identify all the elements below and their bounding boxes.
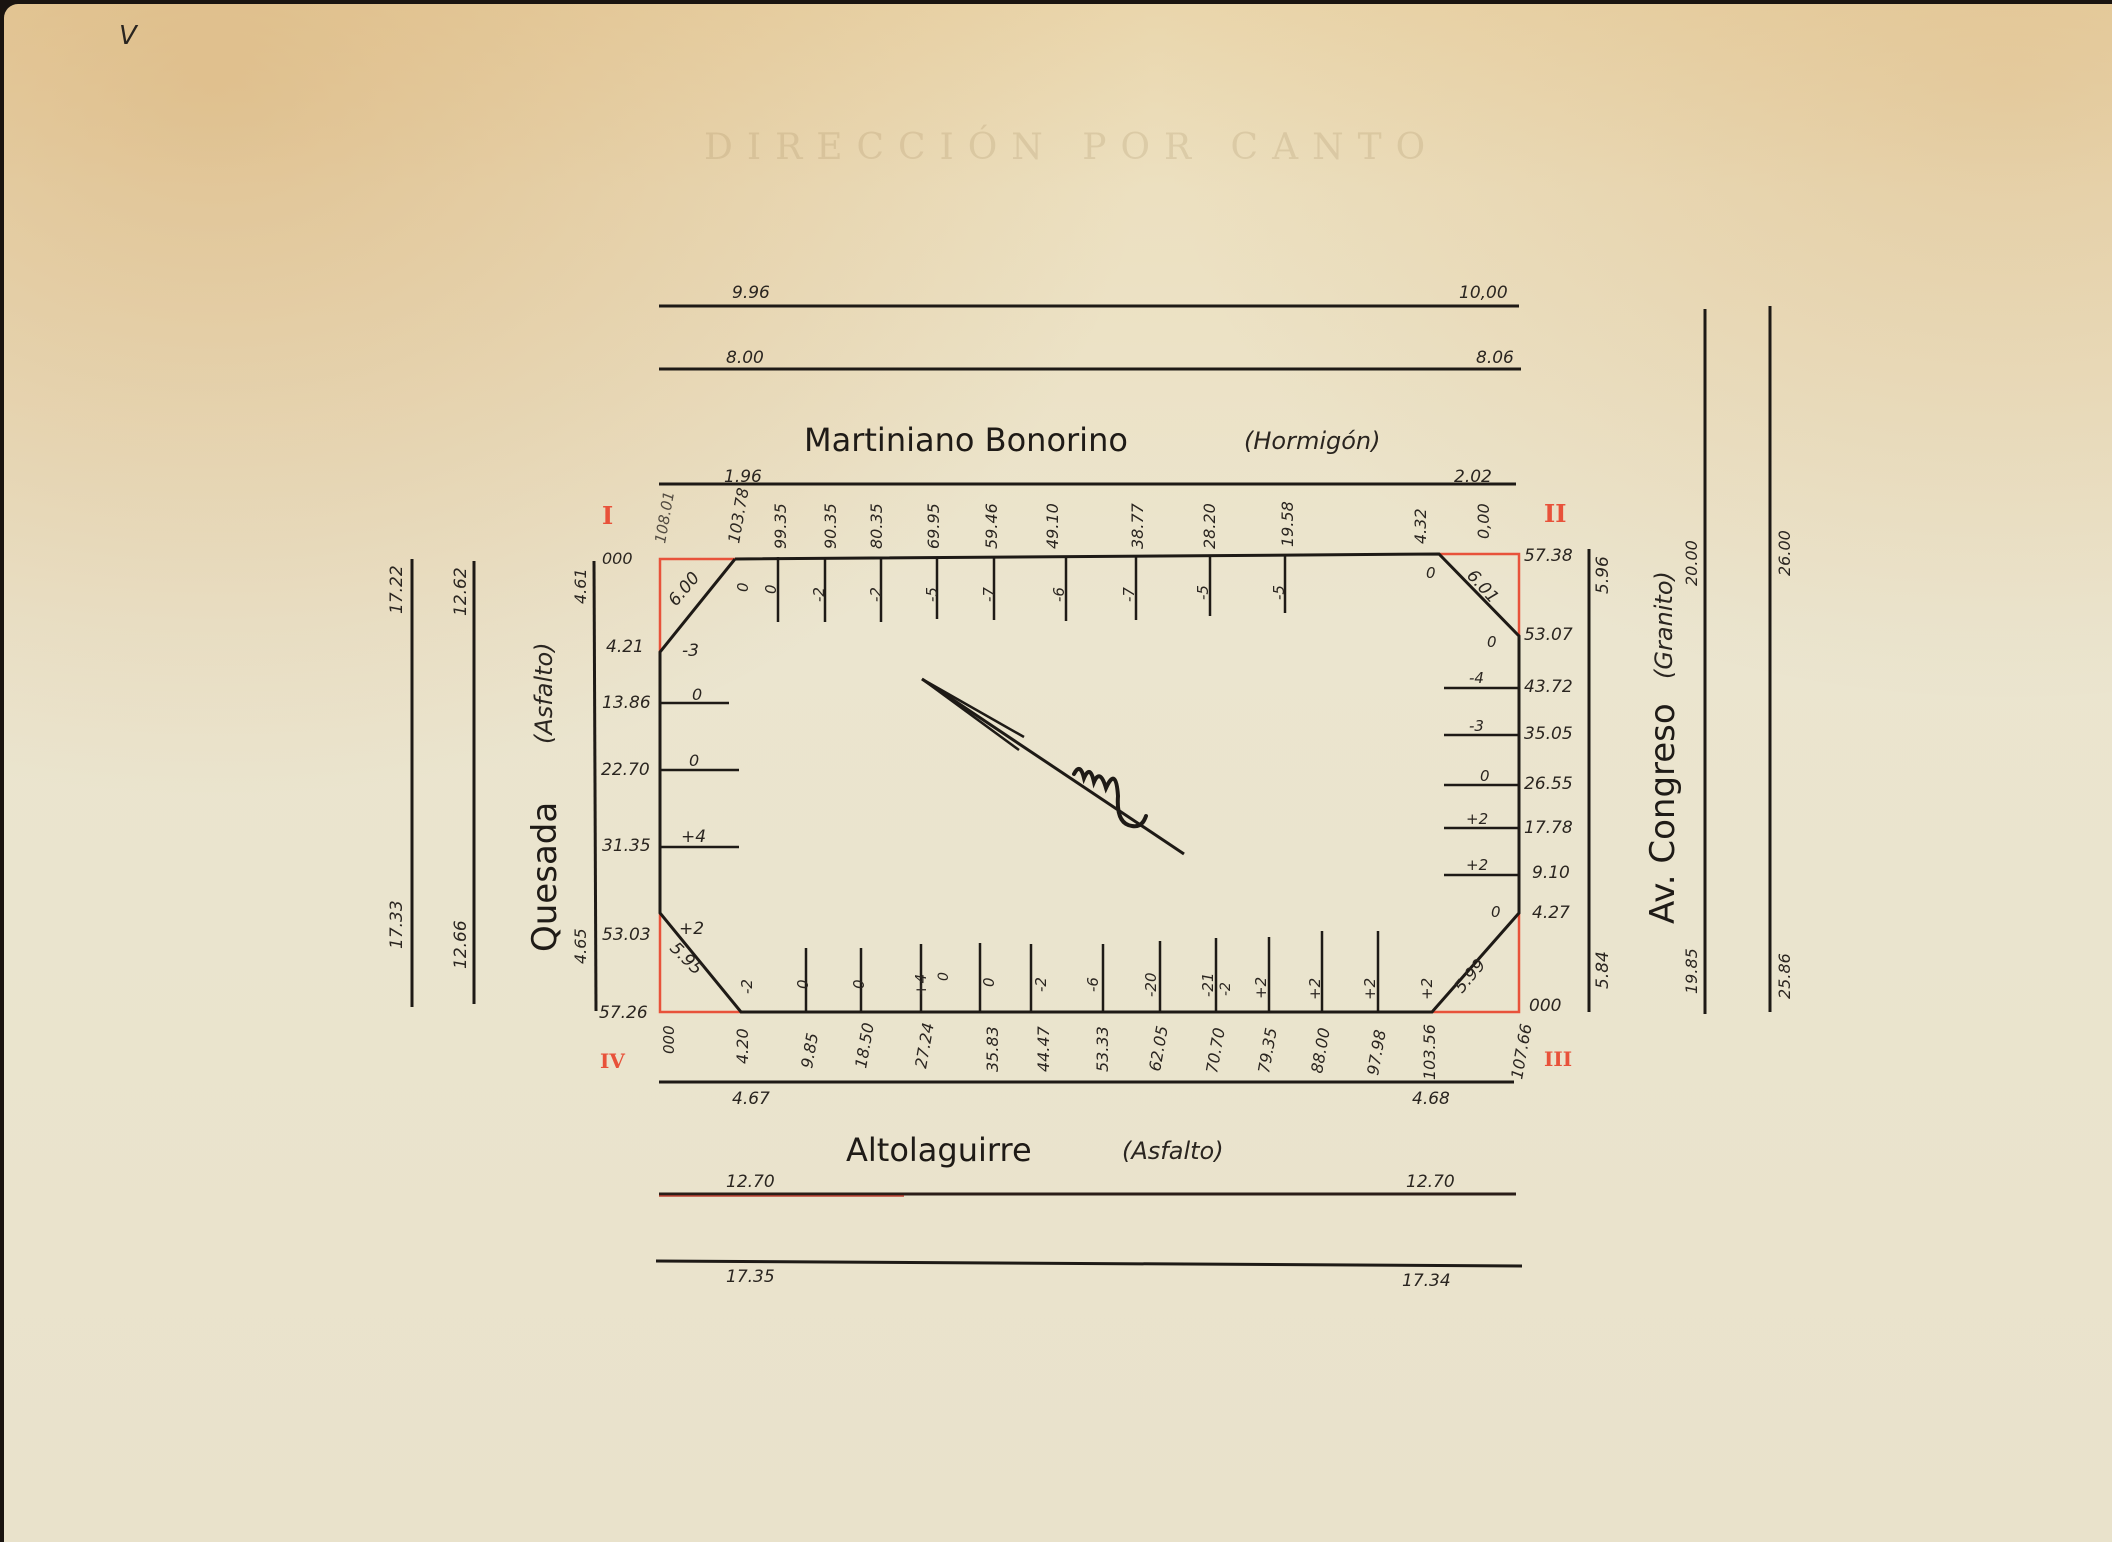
north-level: -2 (810, 587, 828, 602)
east-station: 000 (1529, 996, 1561, 1016)
corner-label-II: II (1544, 499, 1566, 528)
south-line-2-right: 12.70 (1406, 1172, 1455, 1192)
west-level: -3 (682, 641, 699, 661)
east-line-1-bottom: 5.84 (1593, 951, 1613, 989)
south-level: -2 (1218, 982, 1234, 996)
south-level: -20 (1142, 973, 1160, 998)
north-station: 59.46 (982, 503, 1001, 549)
south-level: +4 (912, 974, 930, 996)
north-level: -7 (1120, 587, 1138, 602)
east-station: 17.78 (1524, 818, 1573, 838)
south-station: 18.50 (851, 1021, 878, 1069)
west-line-2-top: 12.62 (451, 567, 471, 616)
east-station: 4.27 (1532, 903, 1570, 923)
south-level: 0 (936, 972, 952, 981)
south-level: +2 (1252, 977, 1270, 999)
north-station: 99.35 (771, 503, 790, 549)
north-station: 69.95 (924, 503, 943, 549)
south-station: 44.47 (1034, 1025, 1053, 1072)
street-name-east: Av. Congreso (1643, 703, 1683, 924)
north-level: 0 (734, 582, 752, 592)
south-line-1-left: 4.67 (732, 1089, 770, 1109)
south-station: 103.56 (1420, 1024, 1439, 1080)
west-line-3-top: 4.61 (571, 568, 590, 604)
north-station: 103.78 (724, 486, 752, 544)
east-level: 0 (1487, 633, 1497, 651)
west-line-2-bottom: 12.66 (451, 920, 471, 969)
north-line-2-left: 8.00 (726, 348, 764, 368)
street-surface-north: (Hormigón) (1244, 427, 1381, 455)
north-station: 19.58 (1278, 501, 1297, 547)
street-surface-west: (Asfalto) (530, 642, 558, 744)
east-line-2-bottom: 19.85 (1682, 948, 1701, 994)
south-station: 27.24 (911, 1021, 938, 1069)
south-level: 0 (794, 979, 812, 989)
south-station: 53.33 (1093, 1026, 1112, 1072)
north-arrow-icon (922, 679, 1184, 854)
corner-label-IV: IV (600, 1049, 625, 1073)
south-side-measurements: 000 4.20 9.85 18.50 27.24 35.83 44.47 53… (660, 931, 1536, 1081)
west-station: 22.70 (601, 760, 650, 780)
south-station: 35.83 (983, 1026, 1002, 1072)
north-line-2-right: 8.06 (1476, 348, 1514, 368)
north-station: 80.35 (867, 503, 886, 549)
south-level: +2 (1418, 978, 1436, 1000)
street-name-west: Quesada (525, 802, 565, 952)
south-station: 97.98 (1363, 1028, 1390, 1076)
survey-sheet: V DIRECCIÓN POR CANTO 9.96 10,00 8.00 8.… (4, 4, 2112, 1542)
corner-label-I: I (602, 501, 613, 530)
north-station: 49.10 (1043, 503, 1062, 549)
east-station: 26.55 (1524, 774, 1573, 794)
corner-mark: V (119, 21, 139, 51)
west-station: 000 (602, 549, 633, 568)
south-level: -2 (738, 979, 756, 994)
west-line-1-top: 17.22 (387, 565, 407, 614)
north-street: 9.96 10,00 8.00 8.06 Martiniano Bonorino… (659, 283, 1521, 487)
east-level: -4 (1469, 669, 1484, 687)
south-level: -6 (1084, 977, 1102, 992)
street-name-north: Martiniano Bonorino (804, 421, 1128, 459)
north-station: 28.20 (1200, 503, 1219, 549)
north-level: -2 (867, 587, 885, 602)
north-level: -7 (980, 587, 998, 602)
east-street: 5.96 5.84 Av. Congreso (Granito) 20.00 1… (1589, 306, 1794, 1014)
survey-plan: V DIRECCIÓN POR CANTO 9.96 10,00 8.00 8.… (4, 4, 2112, 1542)
west-station: 53.03 (602, 925, 651, 945)
south-level: 0 (850, 979, 868, 989)
east-station: 53.07 (1524, 625, 1573, 645)
south-station: 107.66 (1507, 1022, 1535, 1080)
north-level: -5 (1194, 585, 1212, 600)
block-outline (660, 554, 1519, 1012)
north-line-1-right: 10,00 (1459, 283, 1508, 303)
north-station: 0,00 (1474, 503, 1493, 539)
north-station: 4.32 (1411, 508, 1430, 544)
west-street: 17.22 17.33 12.62 12.66 Quesada (Asfalto… (387, 559, 596, 1011)
east-level: 0 (1480, 767, 1490, 785)
street-surface-south: (Asfalto) (1122, 1137, 1224, 1165)
south-line-3-left: 17.35 (726, 1267, 775, 1287)
north-level: 0 (1426, 564, 1436, 582)
south-street: 4.67 4.68 Altolaguirre (Asfalto) 12.70 1… (656, 1082, 1522, 1291)
west-station: 31.35 (602, 836, 651, 856)
west-station: 4.21 (606, 637, 644, 657)
south-station: 000 (660, 1025, 678, 1054)
north-station: 90.35 (821, 503, 840, 549)
east-level: +2 (1466, 856, 1488, 874)
east-station: 9.10 (1532, 863, 1570, 883)
north-station: 108.01 (651, 490, 678, 545)
north-level: -6 (1050, 587, 1068, 602)
south-station: 88.00 (1307, 1026, 1334, 1074)
north-line-3-left: 1.96 (724, 467, 762, 487)
west-level: 0 (689, 751, 699, 770)
street-surface-east: (Granito) (1650, 571, 1678, 679)
north-line-1-left: 9.96 (732, 283, 770, 303)
west-level: 0 (692, 685, 702, 704)
south-station: 9.85 (797, 1031, 822, 1069)
south-line-1-right: 4.68 (1412, 1089, 1450, 1109)
west-level: +2 (679, 919, 704, 939)
chamfer-III: 5.99 (1451, 955, 1491, 997)
south-level: +2 (1306, 978, 1324, 1000)
west-level: +4 (681, 827, 706, 847)
south-station: 4.20 (733, 1028, 752, 1064)
south-level: -21 (1199, 973, 1217, 998)
south-level: +2 (1361, 978, 1379, 1000)
north-level: -5 (923, 587, 941, 602)
chamfer-II: 6.01 (1462, 566, 1502, 608)
south-station: 79.35 (1254, 1026, 1281, 1074)
west-line-1-bottom: 17.33 (387, 900, 407, 949)
east-line-1-top: 5.96 (1593, 556, 1613, 594)
north-level: -5 (1270, 585, 1288, 600)
east-station: 57.38 (1524, 546, 1573, 566)
east-station: 43.72 (1524, 677, 1573, 697)
south-line-3-right: 17.34 (1402, 1271, 1451, 1291)
south-station: 70.70 (1202, 1026, 1229, 1074)
east-line-3-top: 26.00 (1775, 530, 1794, 576)
west-line-3-bottom: 4.65 (571, 928, 590, 964)
corner-label-III: III (1544, 1047, 1572, 1071)
bleed-through-text: DIRECCIÓN POR CANTO (704, 126, 1439, 168)
north-line-3-right: 2.02 (1454, 467, 1492, 487)
east-side-measurements: 57.38 53.07 43.72 35.05 26.55 17.78 9.10… (1444, 546, 1573, 1016)
street-name-south: Altolaguirre (846, 1131, 1032, 1169)
east-line-2-top: 20.00 (1682, 540, 1701, 586)
south-level: 0 (980, 977, 998, 987)
chamfer-IV: 5.95 (665, 938, 706, 979)
south-line-2-left: 12.70 (726, 1172, 775, 1192)
south-level: -2 (1032, 977, 1050, 992)
south-station: 62.05 (1145, 1024, 1172, 1072)
north-station: 38.77 (1128, 502, 1147, 549)
east-level: 0 (1491, 903, 1501, 921)
north-level: 0 (762, 584, 780, 594)
east-station: 35.05 (1524, 724, 1573, 744)
east-level: -3 (1469, 717, 1484, 735)
west-station: 57.26 (599, 1003, 648, 1023)
west-station: 13.86 (602, 693, 651, 713)
east-line-3-bottom: 25.86 (1775, 953, 1794, 999)
east-level: +2 (1466, 810, 1488, 828)
